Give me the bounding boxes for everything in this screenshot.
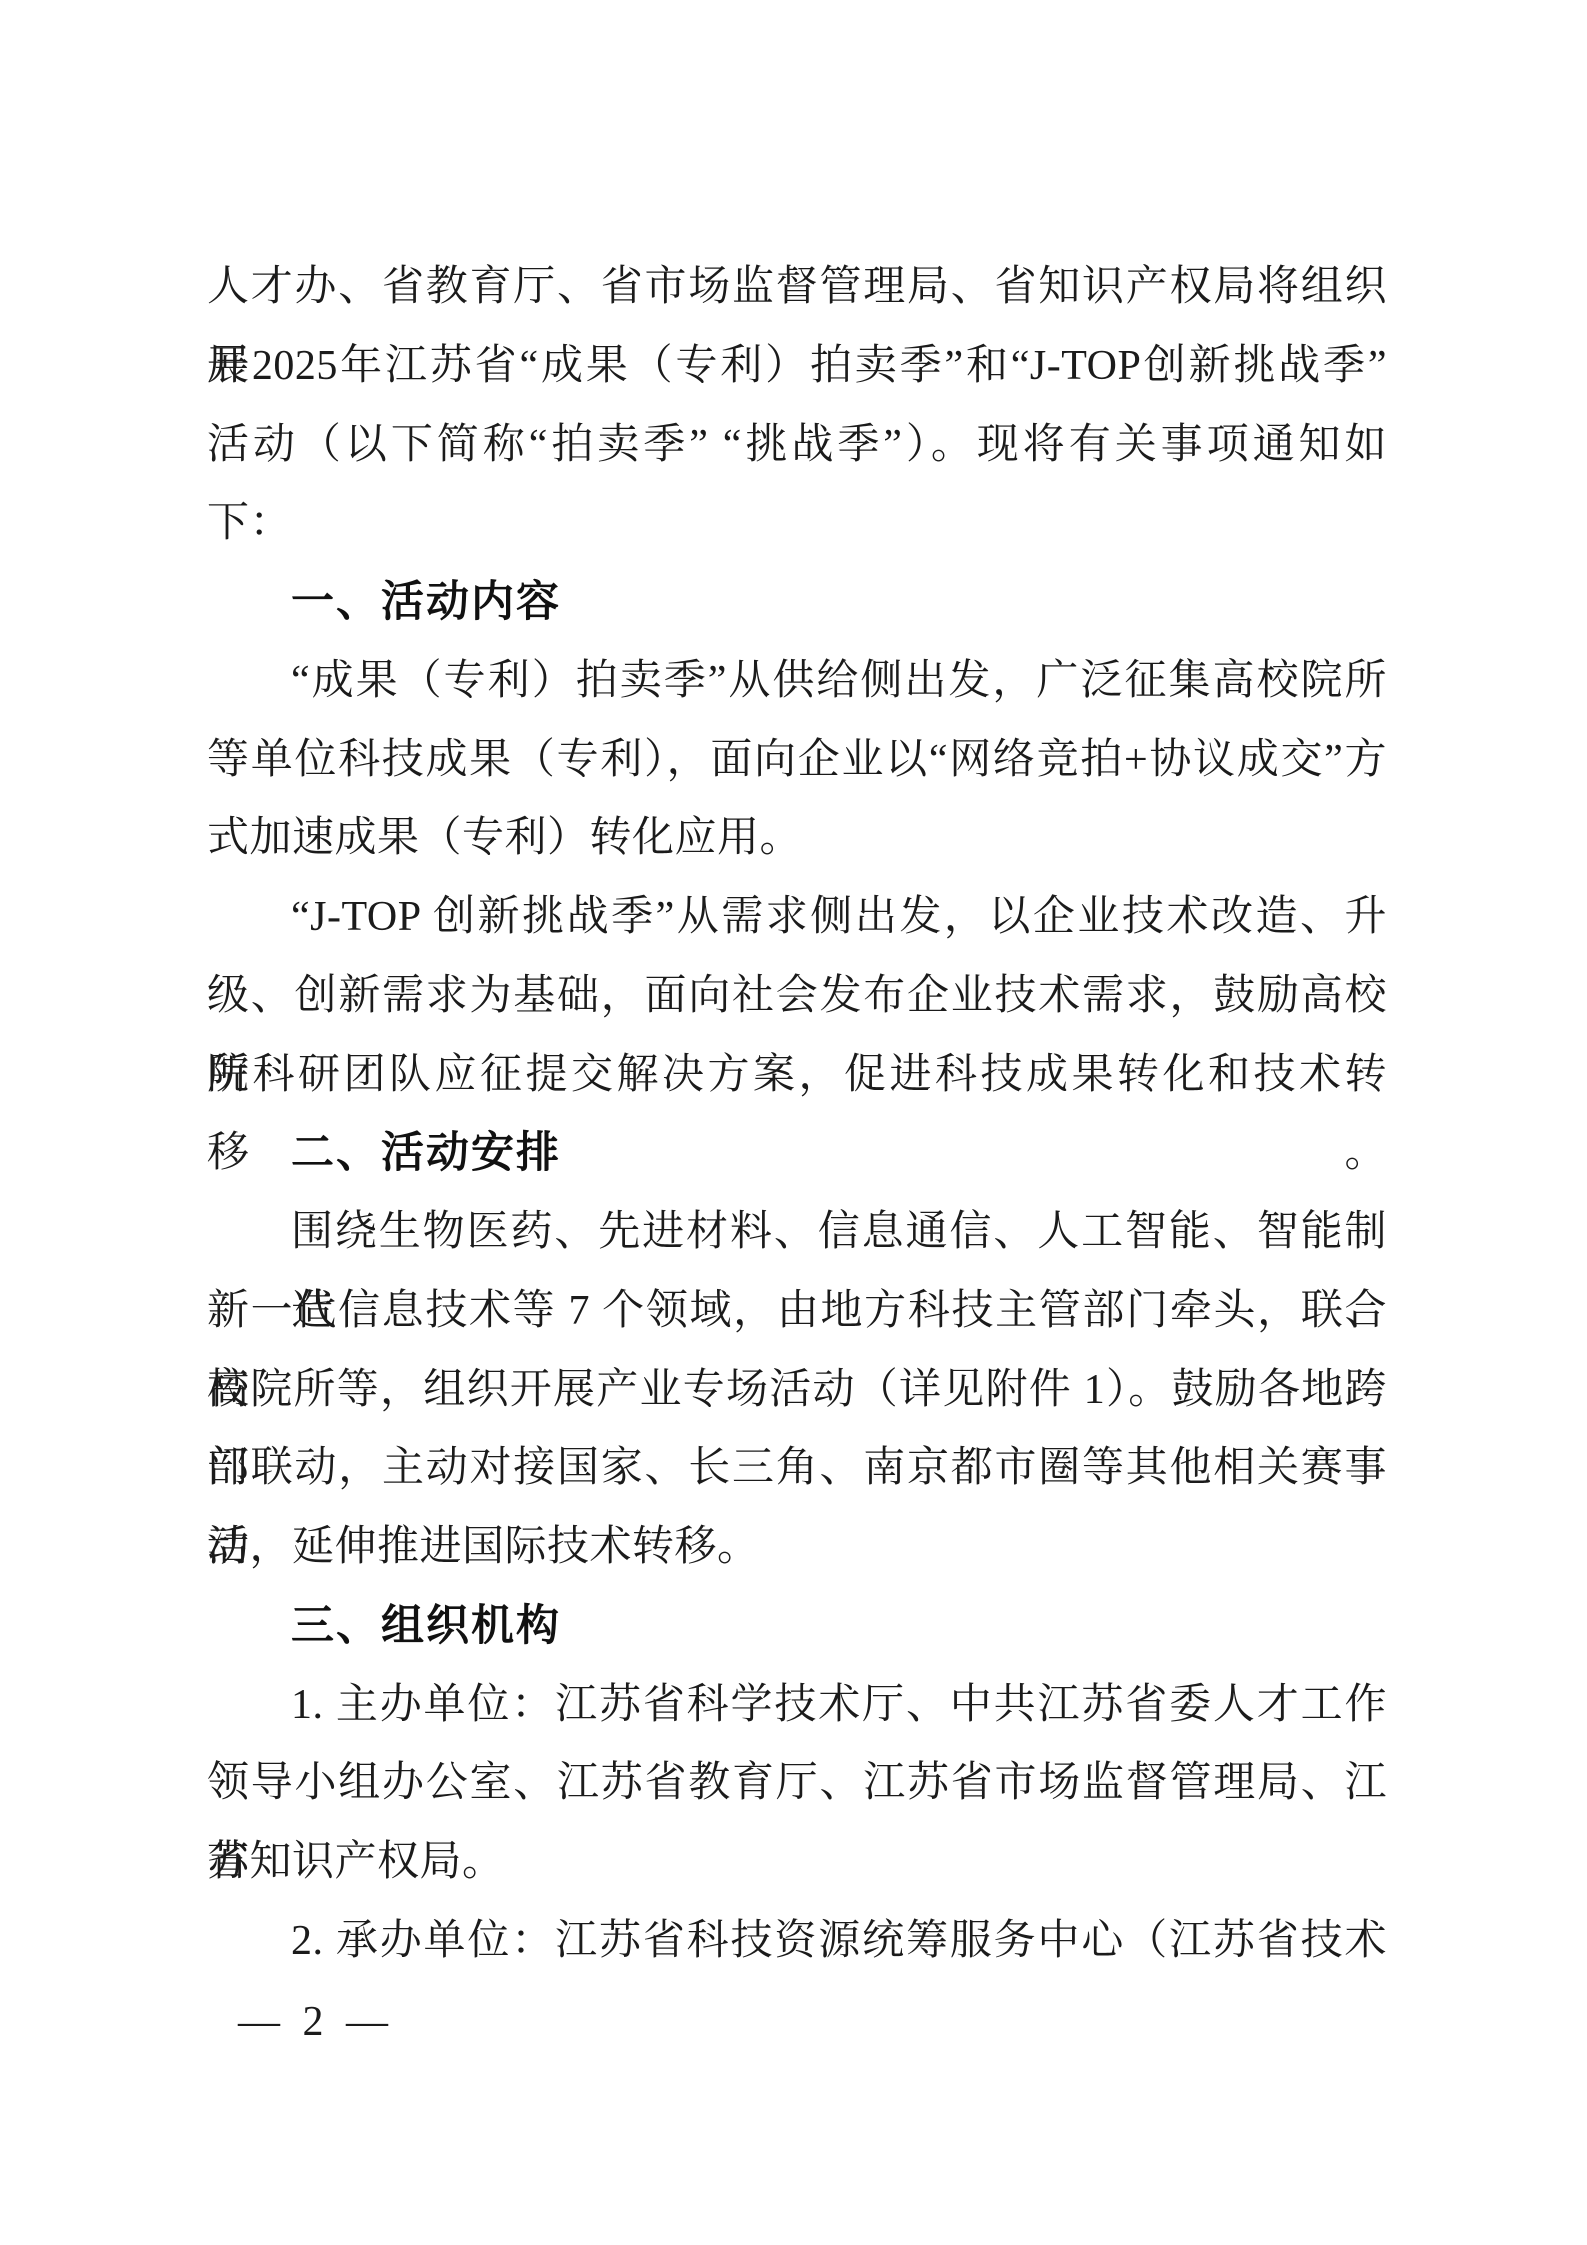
doc-line: 门联动，主动对接国家、长三角、南京都市圈等其他相关赛事活	[207, 1429, 1387, 1508]
doc-line: 人才办、省教育厅、省市场监督管理局、省知识产权局将组织开	[207, 248, 1387, 327]
section-heading-1: 一、活动内容	[207, 563, 1387, 642]
doc-line: 新一代信息技术等 7 个领域，由地方科技主管部门牵头，联合高	[207, 1272, 1387, 1351]
doc-line: 式加速成果（专利）转化应用。	[207, 799, 1387, 878]
doc-line: 2. 承办单位：江苏省科技资源统筹服务中心（江苏省技术	[207, 1902, 1387, 1981]
doc-line: 校院所等，组织开展产业专场活动（详见附件 1）。鼓励各地跨部	[207, 1351, 1387, 1430]
doc-line: 领导小组办公室、江苏省教育厅、江苏省市场监督管理局、江苏	[207, 1744, 1387, 1823]
section-heading-3: 三、组织机构	[207, 1587, 1387, 1666]
doc-line: 展2025年江苏省“成果（专利）拍卖季”和“J-TOP创新挑战季”	[207, 327, 1387, 406]
doc-line: 省知识产权局。	[207, 1823, 1387, 1902]
doc-line: 活动（以下简称“拍卖季” “挑战季”）。现将有关事项通知如	[207, 406, 1387, 485]
doc-line: “成果（专利）拍卖季”从供给侧出发，广泛征集高校院所	[207, 642, 1387, 721]
doc-line: 等单位科技成果（专利），面向企业以“网络竞拍+协议成交”方	[207, 721, 1387, 800]
page-number: — 2 —	[238, 1998, 394, 2046]
doc-line: 围绕生物医药、先进材料、信息通信、人工智能、智能制造、	[207, 1193, 1387, 1272]
doc-line: 动，延伸推进国际技术转移。	[207, 1508, 1387, 1587]
doc-line: 下：	[207, 484, 1387, 563]
doc-line: “J-TOP 创新挑战季”从需求侧出发，以企业技术改造、升	[207, 878, 1387, 957]
document-page: 人才办、省教育厅、省市场监督管理局、省知识产权局将组织开 展2025年江苏省“成…	[0, 0, 1587, 2245]
doc-line: 所科研团队应征提交解决方案，促进科技成果转化和技术转移。	[207, 1036, 1387, 1115]
doc-line: 级、创新需求为基础，面向社会发布企业技术需求，鼓励高校院	[207, 957, 1387, 1036]
doc-line: 1. 主办单位：江苏省科学技术厅、中共江苏省委人才工作	[207, 1666, 1387, 1745]
document-body: 人才办、省教育厅、省市场监督管理局、省知识产权局将组织开 展2025年江苏省“成…	[207, 248, 1387, 1981]
